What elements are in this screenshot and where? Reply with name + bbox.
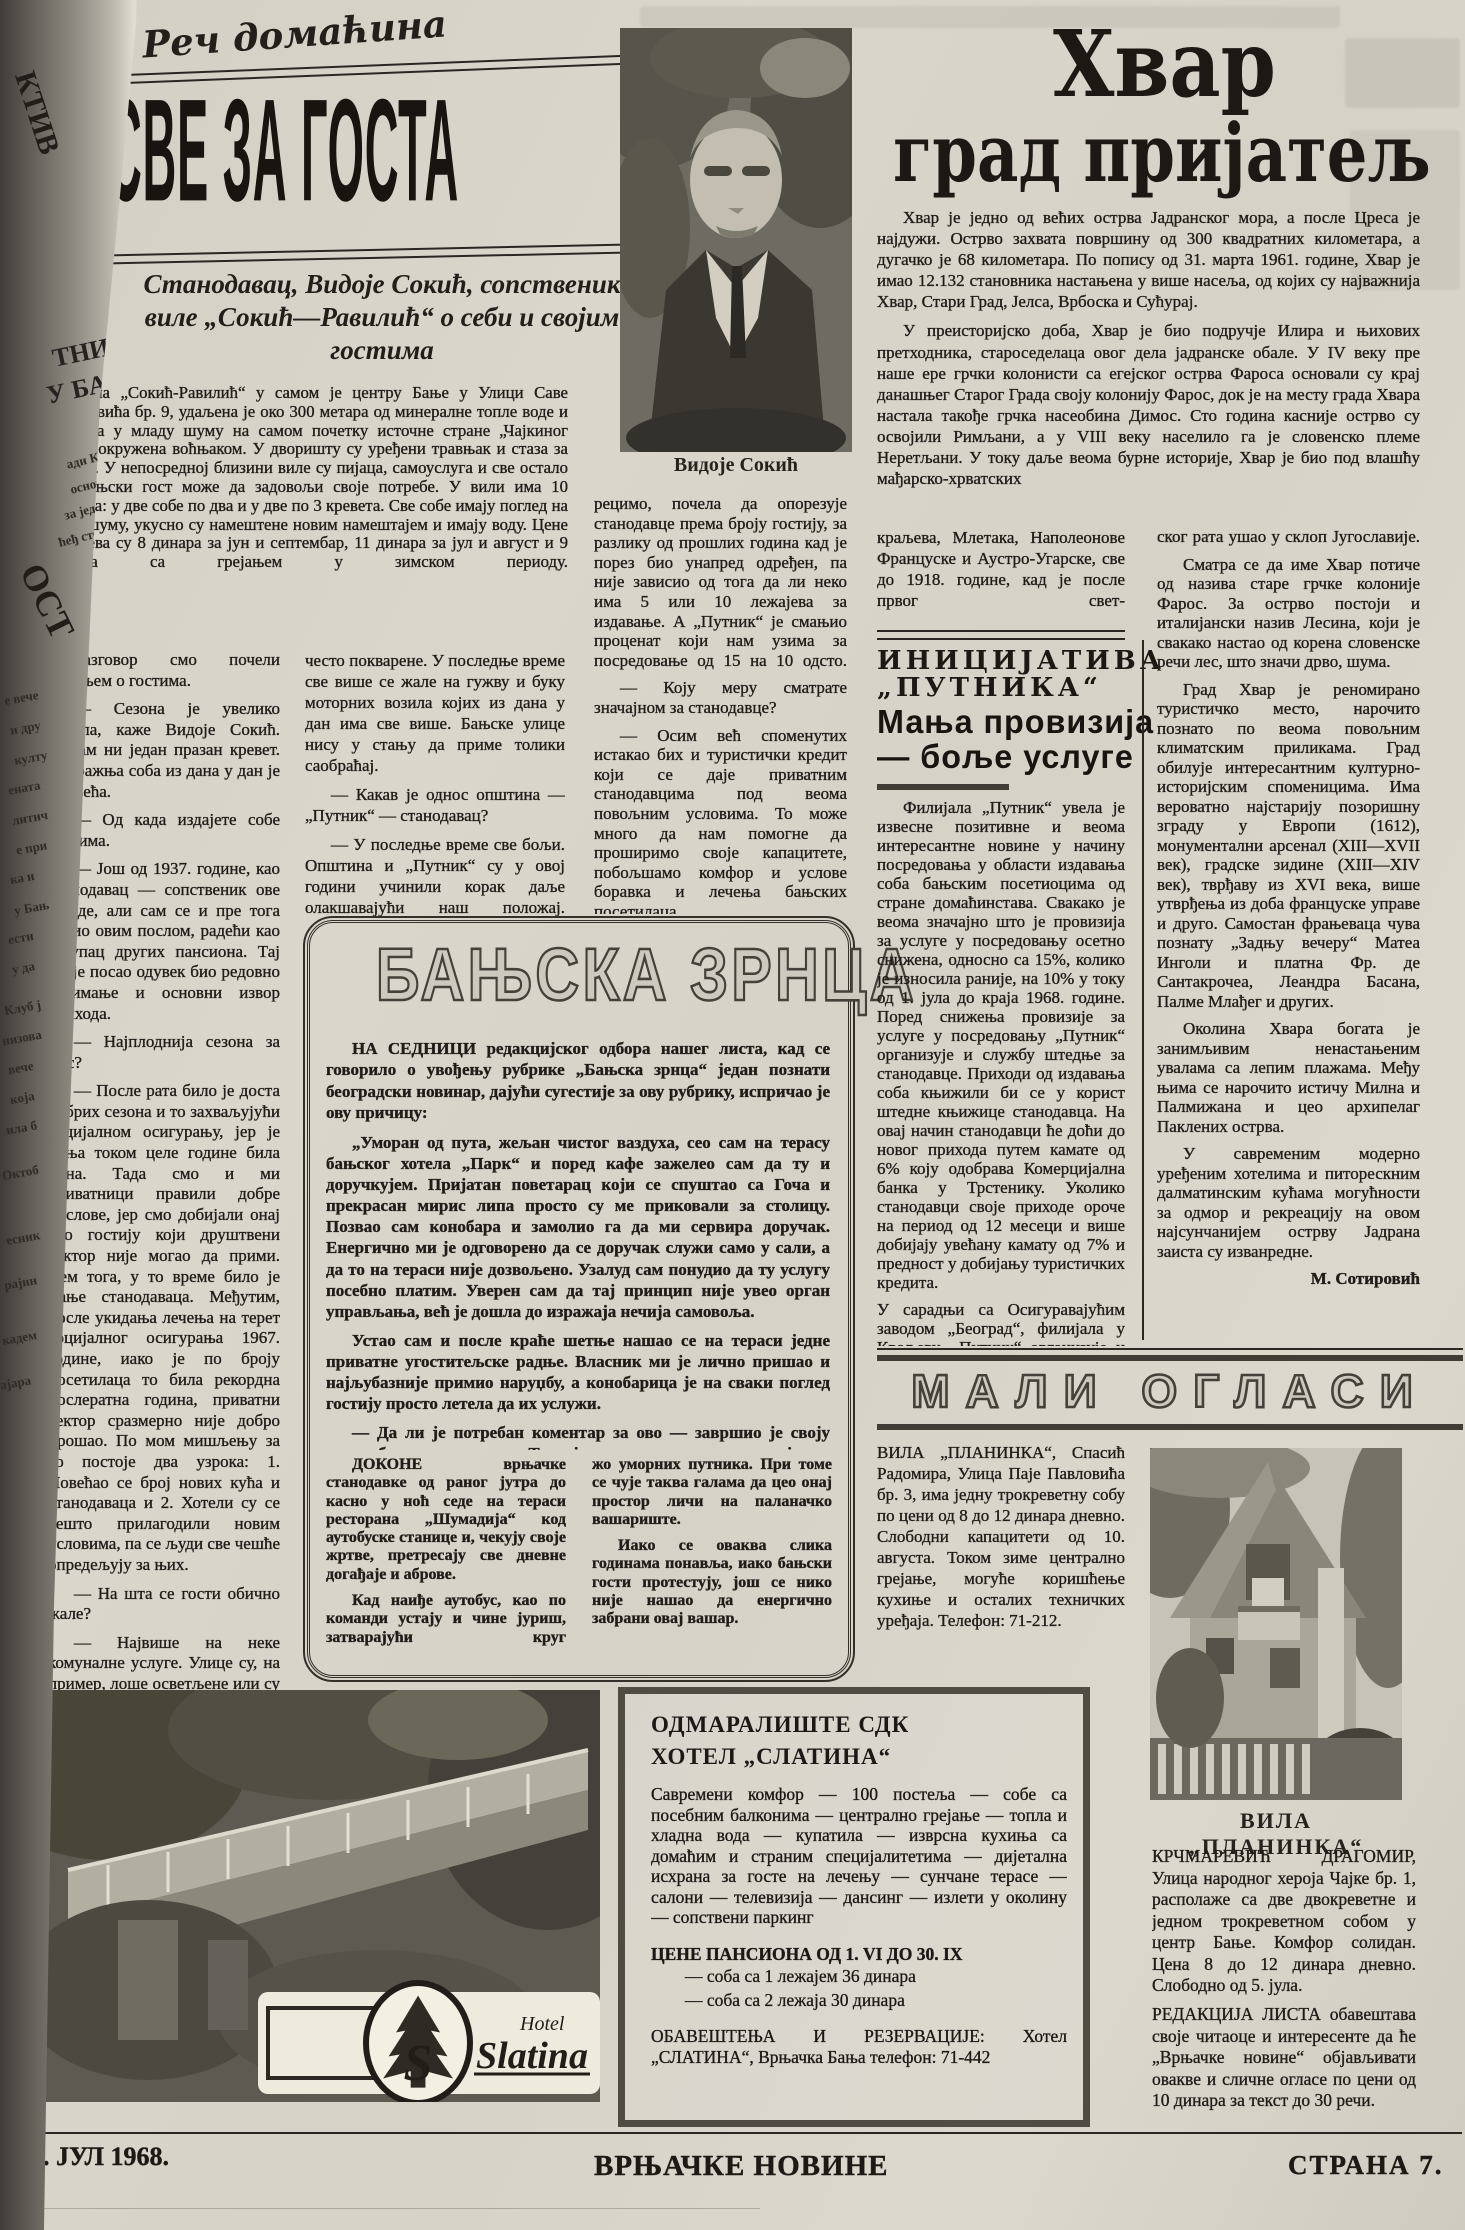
slatina-ad-price-1: — соба са 1 лежајем 36 динара xyxy=(651,1964,1067,1988)
inicijativa-kicker: ИНИЦИЈАТИВА „ПУТНИКА“ xyxy=(877,648,1165,702)
mali-oglasi-rule-bottom xyxy=(877,1424,1463,1430)
footer-faint-rule xyxy=(0,2208,760,2209)
hvar-wide-block: Хвар је једно од већих острва Јадранског… xyxy=(877,207,1420,525)
portrait-caption: Видоје Сокић xyxy=(620,454,852,477)
hvar-colA-continuation: краљева, Млетака, Наполеонове Француске … xyxy=(877,527,1125,613)
slatina-ad-reservations: ОБАВЕШТЕЊА И РЕЗЕРВАЦИЈЕ: Хотел „СЛАТИНА… xyxy=(651,2026,1067,2067)
logo-slatina-text: Slatina xyxy=(476,2035,588,2077)
mali-oglasi-rule-thin xyxy=(877,1348,1463,1350)
rule-under-inicijativa-title xyxy=(877,784,1009,790)
portrait-photo-sokic xyxy=(620,28,852,452)
newspaper-page: Реч домаћина СВЕ ЗА ГОСТА Станодавац, Ви… xyxy=(0,0,1465,2230)
planinka-ad: ВИЛА „ПЛАНИНКА“, Спасић Радомира, Улица … xyxy=(877,1442,1125,1672)
subtitle-line: виле „Сокић—Равилић“ о себи и својим xyxy=(118,301,646,334)
hvar-headline-1: Хвар xyxy=(1053,18,1276,110)
lead-column-2: често покварене. У последње време све ви… xyxy=(305,650,565,918)
footer-page-number: СТРАНА 7. xyxy=(1288,2150,1444,2181)
banjska-zrnca-story: „Уморан од пута, жељан чистог ваздуха, с… xyxy=(326,1132,830,1450)
hotel-slatina-photo: S Hotel Slatina xyxy=(28,1690,600,2102)
hvar-headline-2: град пријатељ xyxy=(893,112,1431,194)
inicijativa-body: Филијала „Путник“ увела је извесне позит… xyxy=(877,798,1125,1346)
banjska-zrnca-lead: НА СЕДНИЦИ редакцијског одбора нашег лис… xyxy=(326,1038,830,1130)
lead-headline: СВЕ ЗА ГОСТА xyxy=(108,76,459,224)
banjska-zrnca-title: БАЊСКА ЗРНЦА xyxy=(376,936,776,1014)
inicijativa-title: Мања провизија — боље услуге xyxy=(877,704,1154,774)
footer-rule xyxy=(28,2132,1462,2134)
planinka-house-photo xyxy=(1150,1448,1402,1800)
subtitle-line: Станодавац, Видоје Сокић, сопственик xyxy=(118,268,646,301)
slatina-ad-box: ОДМАРАЛИШТЕ СДК ХОТЕЛ „СЛАТИНА“ Савремен… xyxy=(618,1687,1090,2127)
banjska-zrnca-left-col: ДОКОНЕ врњачке станодавке од раног јутра… xyxy=(326,1456,566,1656)
slatina-logo: S Hotel Slatina xyxy=(258,1983,600,2102)
logo-hotel-text: Hotel xyxy=(519,2013,565,2035)
svg-text:S: S xyxy=(404,2035,433,2092)
lead-column-3: рецимо, почела да опорезује станодавце п… xyxy=(594,494,847,914)
column-divider-rule xyxy=(1142,640,1144,1340)
hvar-colB: ског рата ушао у склоп Југославије. Смат… xyxy=(1157,527,1420,1349)
slatina-ad-body: Савремени комфор — 100 постеља — собе са… xyxy=(651,1784,1067,1928)
showthrough-block xyxy=(1345,38,1460,108)
mali-oglasi-rule-top xyxy=(877,1355,1463,1361)
footer-paper-name: ВРЊАЧКЕ НОВИНЕ xyxy=(594,2150,888,2183)
kicker-rec-domacina: Реч домаћина xyxy=(141,1,448,66)
lead-column-1: Разговор смо почели питањем о гостима. —… xyxy=(48,650,280,1692)
redakcija-notice: РЕДАКЦИЈА ЛИСТА обавештава своје читаоце… xyxy=(1152,2004,1416,2136)
footer-date: 2. ЈУЛ 1968. xyxy=(30,2142,169,2172)
lead-intro-paragraph: Вила „Сокић-Равилић“ у самом је центру Б… xyxy=(48,384,568,630)
banjska-zrnca-right-col: жо уморних путника. При томе се чује так… xyxy=(592,1456,832,1656)
hvar-byline: М. Сотировић xyxy=(1157,1269,1420,1289)
slatina-ad-title-1: ОДМАРАЛИШТЕ СДК xyxy=(651,1712,1067,1738)
mali-oglasi-title: МАЛИ ОГЛАСИ xyxy=(877,1366,1463,1416)
rule-above-inicijativa xyxy=(877,630,1125,640)
slatina-ad-prices-title: ЦЕНЕ ПАНСИОНА ОД 1. VI ДО 30. IX xyxy=(651,1944,1067,1965)
slatina-ad-price-2: — соба са 2 лежаја 30 динара xyxy=(651,1988,1067,2012)
subtitle-line: гостима xyxy=(118,334,646,367)
krcmarevic-ad: КРЧМАРЕВИЋ ДРАГОМИР, Улица народног херо… xyxy=(1152,1846,1416,1998)
slatina-ad-title-2: ХОТЕЛ „СЛАТИНА“ xyxy=(651,1744,1067,1770)
lead-subtitle: Станодавац, Видоје Сокић, сопственик вил… xyxy=(118,268,646,367)
